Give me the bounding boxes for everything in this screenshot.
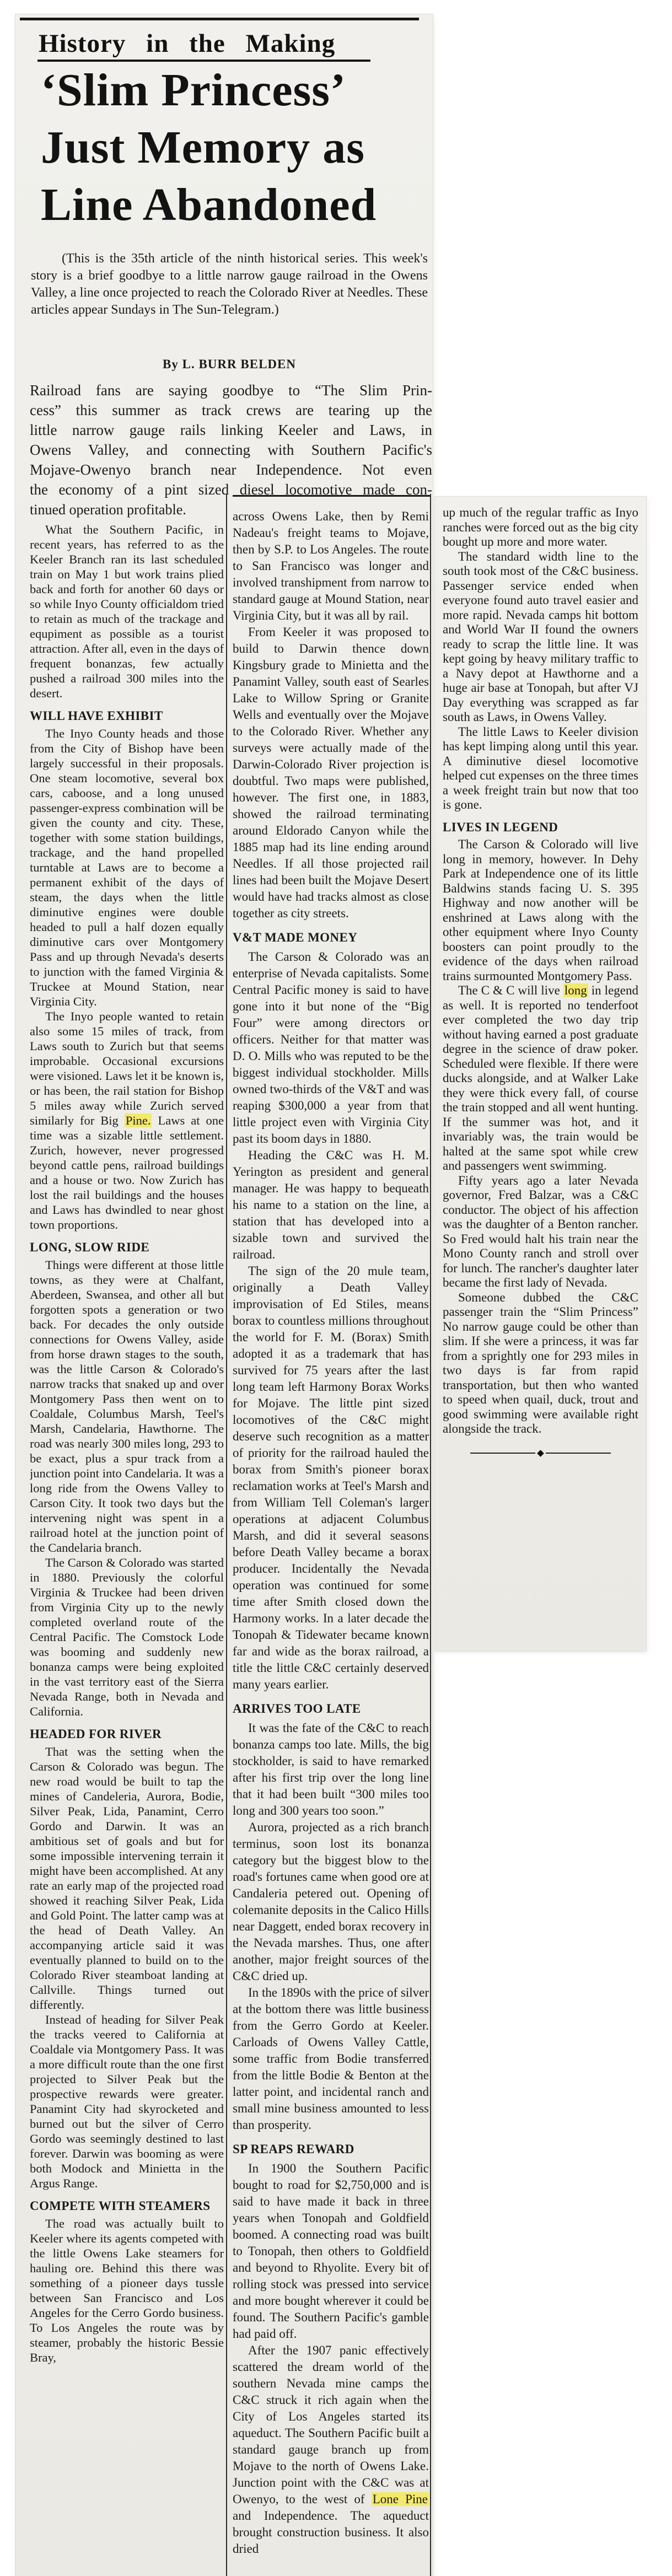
article-paragraph: The Carson & Colorado was an enterprise … xyxy=(233,949,429,1147)
article-paragraph: The Carson & Colorado was started in 188… xyxy=(30,1555,224,1719)
column-subhead: V&T MADE MONEY xyxy=(233,929,429,946)
article-paragraph: Instead of heading for Silver Peak the t… xyxy=(30,2012,224,2191)
column-divider-rule xyxy=(226,494,227,2576)
headline: ‘Slim Princess’ Just Memory as Line Aban… xyxy=(41,62,430,234)
article-paragraph: The little Laws to Keeler division has k… xyxy=(443,725,638,813)
article-paragraph: From Keeler it was proposed to build to … xyxy=(233,624,429,922)
article-paragraph: The road was actually built to Keeler wh… xyxy=(30,2216,224,2365)
column-subhead: HEADED FOR RIVER xyxy=(30,1727,224,1741)
article-paragraph: What the Southern Pacific, in recent yea… xyxy=(30,522,224,701)
column-subhead: SP REAPS REWARD xyxy=(233,2141,429,2158)
highlighted-text: long xyxy=(563,983,588,997)
article-paragraph: Heading the C&C was H. M. Yerington as p… xyxy=(233,1147,429,1263)
article-paragraph: That was the setting when the Carson & C… xyxy=(30,1744,224,2012)
lead-paragraph: Railroad fans are saying goodbye to “The… xyxy=(30,380,432,499)
article-paragraph: Someone dubbed the C&C passenger train t… xyxy=(443,1290,638,1437)
headline-line-2: Just Memory as xyxy=(41,119,430,176)
scan-background: History in the Making ‘Slim Princess’ Ju… xyxy=(0,0,672,2576)
article-paragraph: Aurora, projected as a rich branch termi… xyxy=(233,1819,429,1985)
lead-line: little narrow gauge rails linking Keeler… xyxy=(30,420,432,440)
article-paragraph: The sign of the 20 mule team, originally… xyxy=(233,1263,429,1693)
article-paragraph: It was the fate of the C&C to reach bona… xyxy=(233,1720,429,1819)
middle-column-top-rule xyxy=(233,495,430,497)
newspaper-clipping-right-strip: up much of the regular traffic as Inyo r… xyxy=(435,497,646,1651)
article-paragraph: The Inyo people wanted to retain also so… xyxy=(30,1009,224,1232)
lead-line: Mojave-Owenyo branch near Independence. … xyxy=(30,460,432,480)
clipping-edge-rule xyxy=(430,494,431,2576)
column-subhead: LONG, SLOW RIDE xyxy=(30,1240,224,1255)
article-paragraph: After the 1907 panic effectively scatter… xyxy=(233,2342,429,2557)
article-paragraph: The Inyo County heads and those from the… xyxy=(30,726,224,1009)
article-paragraph: across Owens Lake, then by Remi Nadeau's… xyxy=(233,508,429,624)
article-paragraph: In 1900 the Southern Pacific bought to r… xyxy=(233,2160,429,2342)
column-subhead: COMPETE WITH STEAMERS xyxy=(30,2198,224,2213)
article-paragraph: The C & C will live long in legend as we… xyxy=(443,983,638,1174)
column-middle: across Owens Lake, then by Remi Nadeau's… xyxy=(233,508,429,2576)
column-subhead: LIVES IN LEGEND xyxy=(443,820,638,835)
lead-line: Owens Valley, and connecting with Southe… xyxy=(30,440,432,460)
highlighted-text: Pine. xyxy=(125,1114,152,1127)
article-paragraph: Things were different at those little to… xyxy=(30,1257,224,1555)
highlighted-text: Lone Pine xyxy=(372,2492,429,2506)
column-right: up much of the regular traffic as Inyo r… xyxy=(443,505,638,1643)
headline-line-3: Line Abandoned xyxy=(41,176,430,234)
editor-note: (This is the 35th article of the ninth h… xyxy=(31,250,428,319)
article-paragraph: The Carson & Colorado will live long in … xyxy=(443,837,638,983)
lead-paragraph-tail: tinued operation profitable. xyxy=(30,502,239,518)
headline-line-1: ‘Slim Princess’ xyxy=(41,62,430,119)
lead-line: Railroad fans are saying goodbye to “The… xyxy=(30,380,432,400)
byline: By L. BURR BELDEN xyxy=(31,357,428,372)
article-paragraph: In the 1890s with the price of silver at… xyxy=(233,1985,429,2133)
masthead-top-rule xyxy=(20,18,419,20)
column-subhead: WILL HAVE EXHIBIT xyxy=(30,708,224,723)
article-paragraph: The standard width line to the south too… xyxy=(443,550,638,725)
end-of-article-mark xyxy=(443,1451,638,1456)
newspaper-clipping-main: History in the Making ‘Slim Princess’ Ju… xyxy=(15,14,433,2576)
article-paragraph: Fifty years ago a later Nevada governor,… xyxy=(443,1174,638,1290)
section-label: History in the Making xyxy=(39,29,335,58)
column-left: What the Southern Pacific, in recent yea… xyxy=(30,522,224,2576)
column-subhead: ARRIVES TOO LATE xyxy=(233,1701,429,1717)
article-paragraph: up much of the regular traffic as Inyo r… xyxy=(443,505,638,550)
lead-line: cess” this summer as track crews are tea… xyxy=(30,400,432,420)
